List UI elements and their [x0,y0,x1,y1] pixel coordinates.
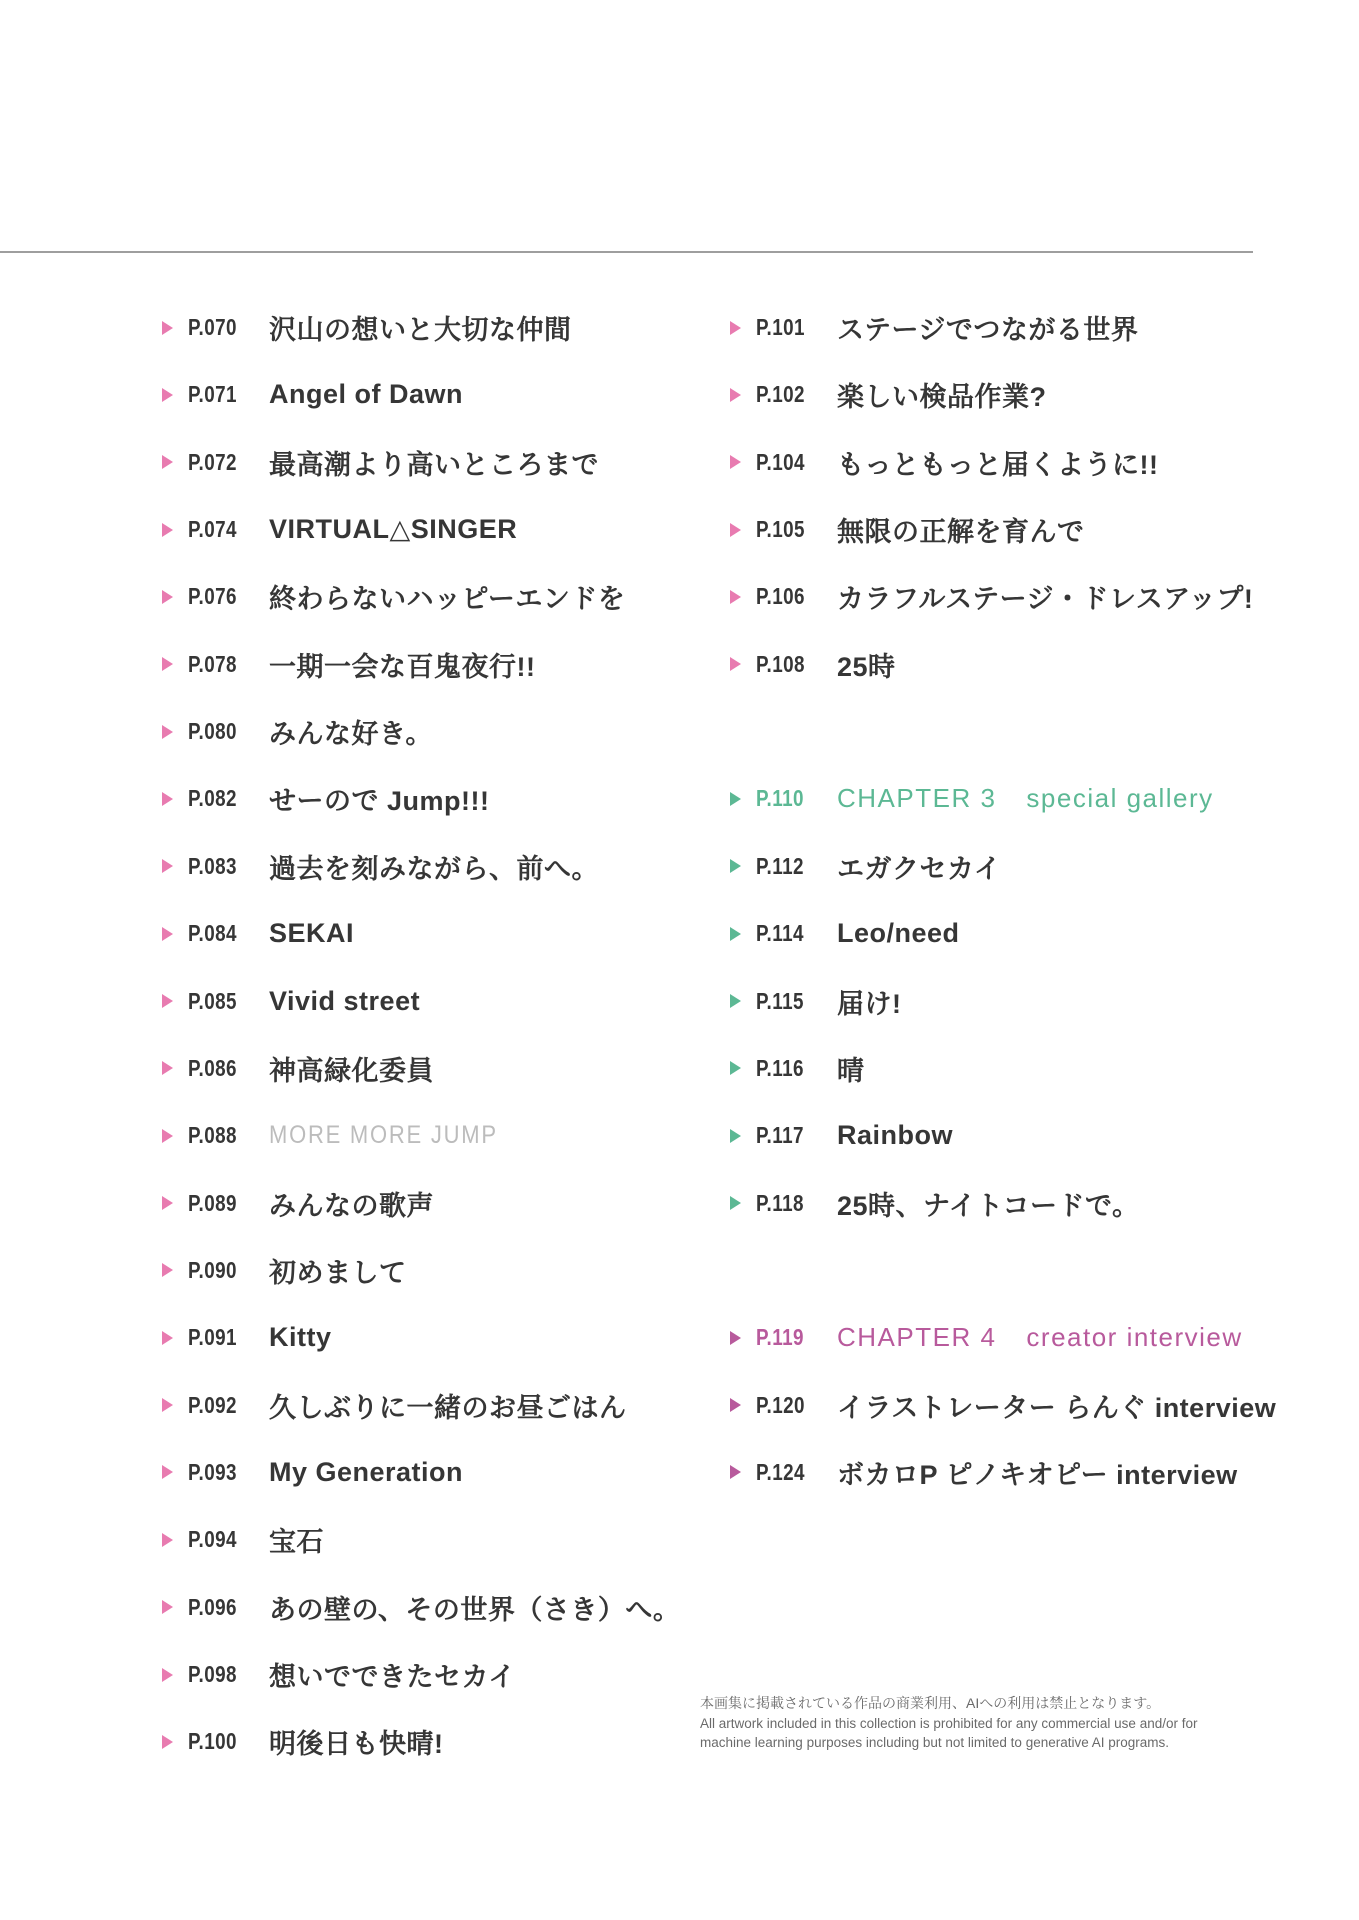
triangle-bullet-icon [162,1331,173,1345]
entry-page-number: P.089 [188,1190,254,1217]
triangle-bullet-icon [162,1061,173,1075]
toc-entry: P.084 SEKAI [162,900,354,967]
toc-entry: P.112 エガクセカイ [730,833,1001,900]
entry-page-number: P.119 [756,1324,822,1351]
triangle-bullet-icon [162,657,173,671]
toc-entry: P.124 ボカロP ピノキオピー interview [730,1439,1238,1506]
toc-entry: P.100 明後日も快晴! [162,1708,444,1775]
entry-title: 沢山の想いと大切な仲間 [269,308,572,347]
entry-title: 神高緑化委員 [269,1049,434,1088]
entry-title: 終わらないハッピーエンドを [269,577,625,616]
entry-page-number: P.092 [188,1392,254,1419]
disclaimer-line-ja: 本画集に掲載されている作品の商業利用、AIへの利用は禁止となります。 [700,1694,1260,1713]
toc-entry: P.106 カラフルステージ・ドレスアップ! [730,563,1253,630]
entry-page-number: P.086 [188,1055,254,1082]
toc-entry: P.090 初めまして [162,1237,407,1304]
entry-page-number: P.096 [188,1594,254,1621]
entry-page-number: P.090 [188,1257,254,1284]
toc-entry: P.110 CHAPTER 3special gallery [730,765,1214,832]
entry-page-number: P.104 [756,449,822,476]
toc-entry: P.098 想いでできたセカイ [162,1641,516,1708]
entry-title: カラフルステージ・ドレスアップ! [837,577,1253,616]
entry-page-number: P.108 [756,651,822,678]
toc-column-right: P.101 ステージでつながる世界 P.102 楽しい検品作業? P.104 も… [730,294,1290,1794]
triangle-bullet-icon [162,725,173,739]
triangle-bullet-icon [162,792,173,806]
triangle-bullet-icon [730,1129,741,1143]
toc-entry: P.091 Kitty [162,1304,332,1371]
entry-title: 一期一会な百鬼夜行!! [269,645,535,684]
entry-title: My Generation [269,1457,463,1488]
triangle-bullet-icon [730,455,741,469]
entry-page-number: P.101 [756,314,822,341]
entry-title: MORE MORE JUMP [269,1121,498,1150]
triangle-bullet-icon [162,859,173,873]
entry-title: 最高潮より高いところまで [269,443,599,482]
entry-page-number: P.102 [756,381,822,408]
entry-title: ステージでつながる世界 [837,308,1138,347]
triangle-bullet-icon [730,590,741,604]
entry-page-number: P.071 [188,381,254,408]
triangle-bullet-icon [162,1600,173,1614]
toc-entry: P.076 終わらないハッピーエンドを [162,563,625,630]
toc-entry: P.082 せーので Jump!!! [162,765,489,832]
triangle-bullet-icon [730,388,741,402]
triangle-bullet-icon [162,1735,173,1749]
entry-page-number: P.112 [756,853,822,880]
entry-page-number: P.110 [756,785,822,812]
triangle-bullet-icon [730,1331,741,1345]
toc-entry: P.070 沢山の想いと大切な仲間 [162,294,572,361]
entry-page-number: P.118 [756,1190,822,1217]
disclaimer-line-en2: machine learning purposes including but … [700,1733,1260,1752]
entry-page-number: P.116 [756,1055,822,1082]
entry-page-number: P.088 [188,1122,254,1149]
triangle-bullet-icon [162,523,173,537]
toc-entry: P.080 みんな好き。 [162,698,433,765]
entry-page-number: P.098 [188,1661,254,1688]
toc-entry: P.094 宝石 [162,1506,324,1573]
triangle-bullet-icon [730,321,741,335]
entry-page-number: P.124 [756,1459,822,1486]
entry-page-number: P.080 [188,718,254,745]
triangle-bullet-icon [730,792,741,806]
triangle-bullet-icon [730,859,741,873]
entry-title: VIRTUAL△SINGER [269,514,517,545]
entry-title: もっともっと届くように!! [837,443,1158,482]
toc-entry: P.096 あの壁の、その世界（さき）へ。 [162,1574,680,1641]
entry-page-number: P.091 [188,1324,254,1351]
triangle-bullet-icon [162,994,173,1008]
entry-page-number: P.070 [188,314,254,341]
triangle-bullet-icon [162,590,173,604]
triangle-bullet-icon [730,1398,741,1412]
toc-entry: P.101 ステージでつながる世界 [730,294,1138,361]
entry-title: みんなの歌声 [269,1184,434,1223]
entry-page-number: P.100 [188,1728,254,1755]
toc-entry: P.104 もっともっと届くように!! [730,429,1158,496]
entry-page-number: P.106 [756,583,822,610]
chapter-sublabel: creator interview [1026,1322,1242,1352]
entry-title: せーので Jump!!! [269,779,489,818]
entry-title: Kitty [269,1322,332,1353]
toc-entry: P.085 Vivid street [162,968,420,1035]
toc-entry: P.078 一期一会な百鬼夜行!! [162,631,535,698]
toc-entry: P.083 過去を刻みながら、前へ。 [162,833,599,900]
entry-title: Leo/need [837,918,960,949]
book-toc-page: P.070 沢山の想いと大切な仲間 P.071 Angel of Dawn P.… [0,0,1359,1920]
entry-title: CHAPTER 3special gallery [837,783,1214,814]
toc-entry: P.117 Rainbow [730,1102,953,1169]
toc-entry: P.102 楽しい検品作業? [730,361,1047,428]
triangle-bullet-icon [162,1129,173,1143]
entry-page-number: P.074 [188,516,254,543]
triangle-bullet-icon [162,1263,173,1277]
toc-entry: P.071 Angel of Dawn [162,361,463,428]
entry-title: 晴 [837,1049,865,1088]
entry-title: エガクセカイ [837,847,1001,886]
entry-title: Angel of Dawn [269,379,463,410]
entry-title: 25時、ナイトコードで。 [837,1184,1140,1223]
entry-title: イラストレーター らんぐ interview [837,1386,1276,1425]
triangle-bullet-icon [730,994,741,1008]
entry-page-number: P.083 [188,853,254,880]
triangle-bullet-icon [730,1196,741,1210]
entry-page-number: P.078 [188,651,254,678]
entry-title: みんな好き。 [269,712,433,751]
triangle-bullet-icon [162,1465,173,1479]
triangle-bullet-icon [162,1668,173,1682]
triangle-bullet-icon [162,1196,173,1210]
disclaimer: 本画集に掲載されている作品の商業利用、AIへの利用は禁止となります。 All a… [700,1694,1260,1752]
entry-title: 楽しい検品作業? [837,375,1047,414]
entry-title: 初めまして [269,1251,407,1290]
entry-page-number: P.085 [188,988,254,1015]
triangle-bullet-icon [730,523,741,537]
entry-page-number: P.115 [756,988,822,1015]
toc-entry: P.093 My Generation [162,1439,463,1506]
entry-page-number: P.105 [756,516,822,543]
triangle-bullet-icon [162,1533,173,1547]
entry-page-number: P.094 [188,1526,254,1553]
entry-page-number: P.117 [756,1122,822,1149]
entry-page-number: P.076 [188,583,254,610]
entry-title: Rainbow [837,1120,953,1151]
entry-title: 明後日も快晴! [269,1722,444,1761]
entry-title: 無限の正解を育んで [837,510,1085,549]
toc-entry: P.115 届け! [730,968,902,1035]
triangle-bullet-icon [730,657,741,671]
toc-column-left: P.070 沢山の想いと大切な仲間 P.071 Angel of Dawn P.… [162,294,722,1794]
chapter-sublabel: special gallery [1026,783,1213,813]
triangle-bullet-icon [162,388,173,402]
chapter-label: CHAPTER 4 [837,1322,996,1352]
toc-entry: P.116 晴 [730,1035,865,1102]
divider-line [0,251,1253,253]
toc-entry: P.114 Leo/need [730,900,960,967]
entry-title: 届け! [837,982,902,1021]
entry-title: 久しぶりに一緒のお昼ごはん [269,1386,627,1425]
entry-title: CHAPTER 4creator interview [837,1322,1243,1353]
toc-entry: P.118 25時、ナイトコードで。 [730,1170,1140,1237]
toc-entry: P.086 神高緑化委員 [162,1035,434,1102]
toc-entry: P.089 みんなの歌声 [162,1170,434,1237]
entry-page-number: P.072 [188,449,254,476]
entry-title: SEKAI [269,918,354,949]
triangle-bullet-icon [730,1465,741,1479]
toc-entry: P.105 無限の正解を育んで [730,496,1085,563]
toc-entry: P.120 イラストレーター らんぐ interview [730,1372,1276,1439]
entry-title: ボカロP ピノキオピー interview [837,1453,1238,1492]
entry-title: Vivid street [269,986,420,1017]
toc-entry: P.074 VIRTUAL△SINGER [162,496,517,563]
toc-entry: P.119 CHAPTER 4creator interview [730,1304,1243,1371]
triangle-bullet-icon [162,1398,173,1412]
entry-page-number: P.120 [756,1392,822,1419]
toc-entry: P.092 久しぶりに一緒のお昼ごはん [162,1372,627,1439]
toc-entry: P.108 25時 [730,631,896,698]
entry-page-number: P.093 [188,1459,254,1486]
disclaimer-line-en1: All artwork included in this collection … [700,1714,1260,1733]
toc-entry: P.088 MORE MORE JUMP [162,1102,529,1169]
entry-page-number: P.082 [188,785,254,812]
entry-page-number: P.114 [756,920,822,947]
toc-entry: P.072 最高潮より高いところまで [162,429,599,496]
entry-title: 想いでできたセカイ [269,1655,516,1694]
triangle-bullet-icon [162,321,173,335]
entry-title: 25時 [837,645,896,684]
triangle-bullet-icon [162,455,173,469]
entry-title: 過去を刻みながら、前へ。 [269,847,599,886]
entry-page-number: P.084 [188,920,254,947]
entry-title: あの壁の、その世界（さき）へ。 [269,1588,680,1627]
entry-title: 宝石 [269,1520,324,1559]
triangle-bullet-icon [162,927,173,941]
chapter-label: CHAPTER 3 [837,783,996,813]
triangle-bullet-icon [730,1061,741,1075]
triangle-bullet-icon [730,927,741,941]
